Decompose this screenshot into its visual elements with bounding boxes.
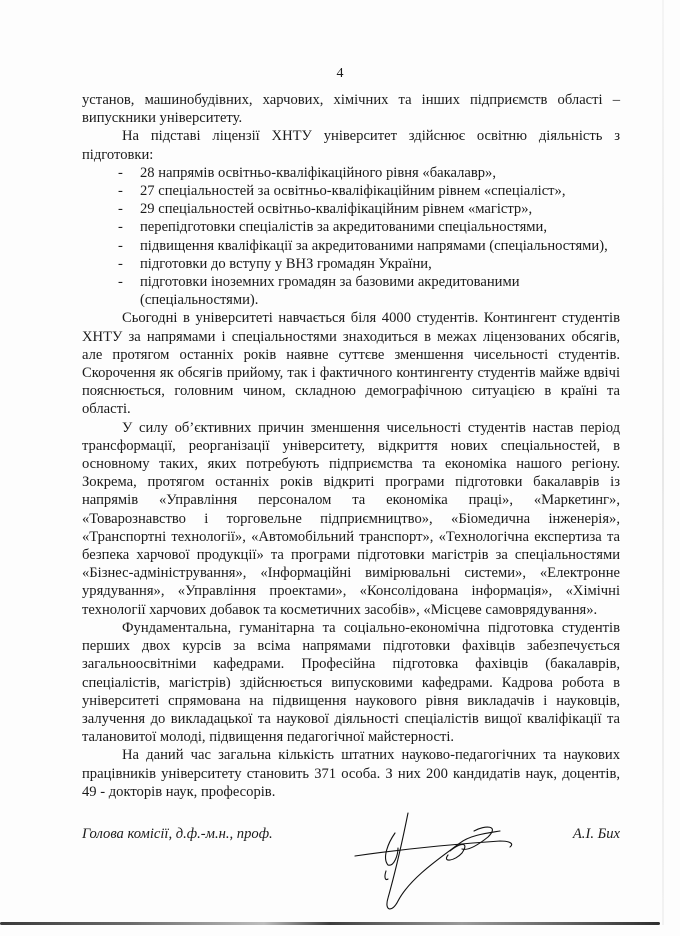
- list-item-text: перепідготовки спеціалістів за акредитов…: [140, 219, 547, 235]
- signatory-title: Голова комісії, д.ф.-м.н., проф.: [82, 826, 273, 843]
- paragraph-training: Фундаментальна, гуманітарна та соціально…: [82, 619, 620, 746]
- paragraph-continuation: установ, машинобудівних, харчових, хіміч…: [82, 91, 620, 127]
- list-item: -перепідготовки спеціалістів за акредито…: [118, 218, 620, 236]
- scan-edge-right: [662, 0, 664, 925]
- dash-bullet-icon: -: [118, 182, 123, 200]
- dash-bullet-icon: -: [118, 255, 123, 273]
- paragraph-students: Сьогодні в університеті навчається біля …: [82, 309, 620, 418]
- list-item-text: підвищення кваліфікації за акредитованим…: [140, 238, 608, 254]
- dash-bullet-icon: -: [118, 237, 123, 255]
- list-item-text: 28 напрямів освітньо-кваліфікаційного рі…: [140, 165, 496, 181]
- dash-bullet-icon: -: [118, 164, 123, 182]
- training-list: -28 напрямів освітньо-кваліфікаційного р…: [82, 164, 620, 310]
- paragraph-license: На підставі ліцензії ХНТУ університет зд…: [82, 127, 620, 163]
- list-item: -підвищення кваліфікації за акредитовани…: [118, 237, 620, 255]
- paragraph-staff: На даний час загальна кількість штатних …: [82, 746, 620, 801]
- list-item-text: 27 спеціальностей за освітньо-кваліфікац…: [140, 183, 566, 199]
- scan-edge-bottom: [0, 922, 660, 925]
- document-body: установ, машинобудівних, харчових, хіміч…: [82, 91, 620, 801]
- list-item-text: підготовки іноземних громадян за базовим…: [140, 274, 520, 308]
- handwritten-signature-icon: [350, 803, 530, 913]
- dash-bullet-icon: -: [118, 273, 123, 291]
- list-item: -підготовки до вступу у ВНЗ громадян Укр…: [118, 255, 620, 273]
- list-item: -підготовки іноземних громадян за базови…: [118, 273, 620, 309]
- signatory-name: А.І. Бих: [573, 826, 620, 843]
- list-item: -28 напрямів освітньо-кваліфікаційного р…: [118, 164, 620, 182]
- document-page: 4 установ, машинобудівних, харчових, хім…: [0, 0, 680, 936]
- list-item-text: 29 спеціальностей освітньо-кваліфікаційн…: [140, 201, 532, 217]
- list-item: -27 спеціальностей за освітньо-кваліфіка…: [118, 182, 620, 200]
- page-number: 4: [0, 66, 680, 82]
- list-item-text: підготовки до вступу у ВНЗ громадян Укра…: [140, 256, 432, 272]
- dash-bullet-icon: -: [118, 218, 123, 236]
- dash-bullet-icon: -: [118, 200, 123, 218]
- list-item: -29 спеціальностей освітньо-кваліфікацій…: [118, 200, 620, 218]
- paragraph-transformation: У силу об’єктивних причин зменшення чисе…: [82, 419, 620, 619]
